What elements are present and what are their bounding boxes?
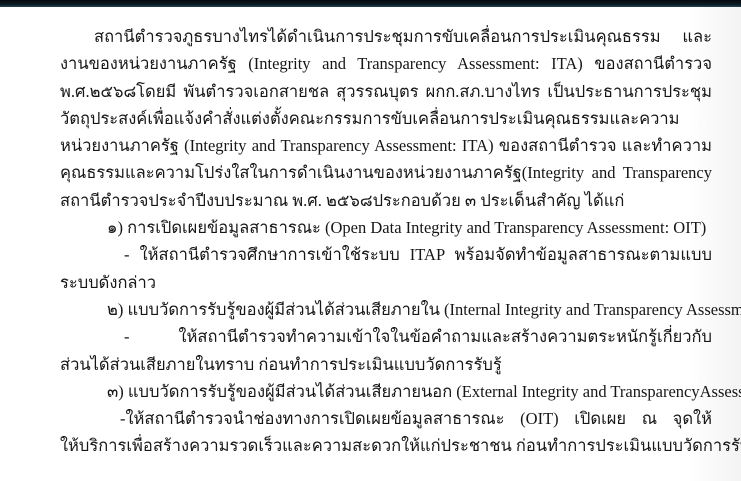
doc-line: สถานีตำรวจประจำปีงบประมาณ พ.ศ. ๒๕๖๘ประกอ… xyxy=(60,187,712,214)
doc-line: ส่วนได้ส่วนเสียภายในทราบ ก่อนทำการประเมิ… xyxy=(60,351,712,378)
window-top-bar xyxy=(0,0,741,7)
document-page: สถานีตำรวจภูธรบางไทรได้ดำเนินการประชุมกา… xyxy=(0,0,741,481)
doc-line: ให้บริการเพื่อสร้างความรวดเร็วและความสะด… xyxy=(60,432,712,459)
doc-line: งานของหน่วยงานภาครัฐ (Integrity and Tran… xyxy=(60,50,712,77)
doc-line-item-3: ๓) แบบวัดการรับรู้ของผู้มีส่วนได้ส่วนเสี… xyxy=(60,378,712,405)
doc-line: คุณธรรมและความโปร่งใสในการดำเนินงานของหน… xyxy=(60,159,712,186)
doc-line: - ให้สถานีตำรวจทำความเข้าใจในข้อคำถามและ… xyxy=(60,323,712,350)
doc-line: สถานีตำรวจภูธรบางไทรได้ดำเนินการประชุมกา… xyxy=(60,23,712,50)
doc-line: - ให้สถานีตำรวจศึกษาการเข้าใช้ระบบ ITAP … xyxy=(60,241,712,268)
doc-line: ระบบดังกล่าว xyxy=(60,269,712,296)
doc-line-item-2: ๒) แบบวัดการรับรู้ของผู้มีส่วนได้ส่วนเสี… xyxy=(60,296,712,323)
doc-line-item-1: ๑) การเปิดเผยข้อมูลสาธารณะ (Open Data In… xyxy=(60,214,712,241)
doc-line: พ.ศ.๒๕๖๘โดยมี พันตำรวจเอกสายชล สุวรรณบุต… xyxy=(60,78,712,105)
doc-line: หน่วยงานภาครัฐ (Integrity and Transparen… xyxy=(60,132,712,159)
doc-line: -ให้สถานีตำรวจนำช่องทางการเปิดเผยข้อมูลส… xyxy=(60,405,712,432)
doc-line: วัตถุประสงค์เพื่อแจ้งคำสั่งแต่งตั้งคณะกร… xyxy=(60,105,712,132)
document-body: สถานีตำรวจภูธรบางไทรได้ดำเนินการประชุมกา… xyxy=(0,7,741,460)
